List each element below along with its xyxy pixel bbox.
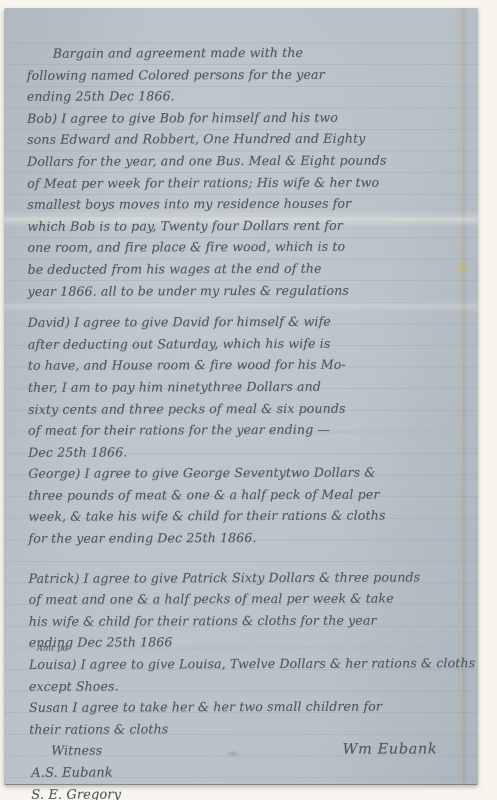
document-line: Dollars for the year, and one Bus. Meal … <box>27 149 465 172</box>
witness-signature: S. E. Gregory <box>29 783 467 800</box>
document-line: Amt pdLouisa) I agree to give Louisa, Tw… <box>29 652 467 675</box>
document-line: be deducted from his wages at the end of… <box>27 257 465 280</box>
document-line: David) I agree to give David for himself… <box>28 310 466 333</box>
document-line: ther, I am to pay him ninetythree Dollar… <box>28 375 466 398</box>
document-line: year 1866. all to be under my rules & re… <box>27 279 465 302</box>
document-line-text: Louisa) I agree to give Louisa, Twelve D… <box>29 655 475 672</box>
document-line: Patrick) I agree to give Patrick Sixty D… <box>29 566 467 589</box>
document-line: Bargain and agreement made with the <box>27 41 465 64</box>
witness-label: Witness <box>51 740 102 762</box>
document-line: following named Colored persons for the … <box>27 63 465 86</box>
document-line: to have, and House room & fire wood for … <box>28 354 466 377</box>
document-line: after deducting out Saturday, which his … <box>28 332 466 355</box>
document-line: week, & take his wife & child for their … <box>28 505 466 528</box>
document-line: Bob) I agree to give Bob for himself and… <box>27 106 465 129</box>
document-line: except Shoes. <box>29 674 467 697</box>
document-line: George) I agree to give George Seventytw… <box>28 462 466 485</box>
interlined-annotation: Amt pd <box>37 645 68 654</box>
document-line: one room, and fire place & fire wood, wh… <box>27 236 465 259</box>
document-line: three pounds of meat & one & a half peck… <box>28 483 466 506</box>
document-line: sixty cents and three pecks of meal & si… <box>28 397 466 420</box>
document-line: of meat and one & a half pecks of meal p… <box>29 587 467 610</box>
document-line: his wife & child for their rations & clo… <box>29 609 467 632</box>
signature-row: Witness Wm Eubank <box>29 739 467 763</box>
scanned-document: Bargain and agreement made with the foll… <box>0 0 497 800</box>
document-line: for the year ending Dec 25th 1866. <box>28 526 466 549</box>
document-line: Dec 25th 1866. <box>28 440 466 463</box>
document-line: Susan I agree to take her & her two smal… <box>29 695 467 718</box>
document-line: of Meat per week for their rations; His … <box>27 171 465 194</box>
document-line: their rations & cloths <box>29 717 467 740</box>
document-line: ending Dec 25th 1866 <box>29 631 467 654</box>
manuscript-paper: Bargain and agreement made with the foll… <box>4 8 478 785</box>
document-line: sons Edward and Robbert, One Hundred and… <box>27 128 465 151</box>
handwritten-text: Bargain and agreement made with the foll… <box>27 41 468 800</box>
document-line: ending 25th Dec 1866. <box>27 84 465 107</box>
document-line: of meat for their rations for the year e… <box>28 418 466 441</box>
witness-signature: A.S. Eubank <box>29 761 467 784</box>
document-line: which Bob is to pay, Twenty four Dollars… <box>27 214 465 237</box>
document-line: smallest boys moves into my residence ho… <box>27 192 465 215</box>
author-signature: Wm Eubank <box>342 740 437 762</box>
